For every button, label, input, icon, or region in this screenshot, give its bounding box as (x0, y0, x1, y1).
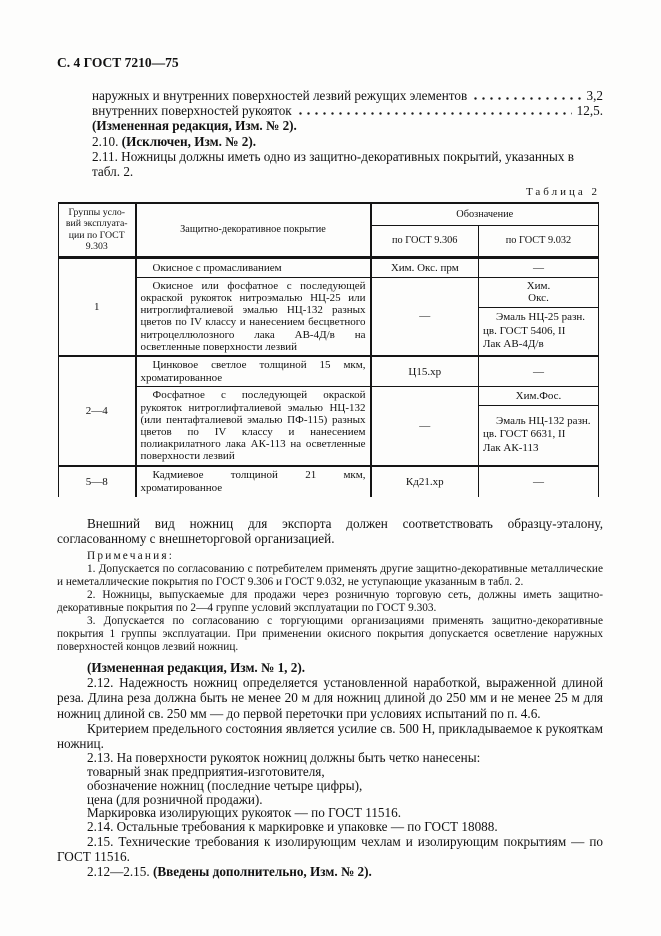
gost9032-cell: Хим. Окс. (479, 277, 599, 307)
paragraph-criterion: Критерием предельного состояния является… (57, 721, 603, 751)
header-groups: Группы усло- вий эксплуата- ции по ГОСТ … (59, 203, 136, 257)
body-section: Внешний вид ножниц для экспорта должен с… (57, 516, 603, 880)
document-page: С. 4 ГОСТ 7210—75 наружных и внутренних … (0, 0, 661, 936)
gost9306-cell: Хим. Окс. прм (371, 257, 479, 277)
note-2: 2. Ножницы, выпускаемые для продажи чере… (57, 589, 603, 615)
table-row: Окисное или фосфатное с последующей окра… (59, 277, 599, 307)
coating-cell: Фосфатное с последующей окраской рукоято… (136, 387, 371, 466)
header-designation: Обозначение (371, 203, 599, 225)
clause-range: 2.12—2.15. (87, 864, 150, 879)
dot-leader (474, 97, 581, 101)
header-coating: Защитно-декоративное покрытие (136, 203, 371, 257)
clause-final-bold: (Введены дополнительно, Изм. № 2). (153, 864, 372, 879)
leader-text: внутренних поверхностей рукояток (92, 103, 292, 118)
paragraph-marking: Маркировка изолирующих рукояток — по ГОС… (57, 806, 603, 820)
list-item-designation: обозначение ножниц (последние четыре циф… (57, 779, 603, 793)
header-gost-9306: по ГОСТ 9.306 (371, 225, 479, 257)
list-item-price: цена (для розничной продажи). (57, 793, 603, 807)
coating-cell: Окисное или фосфатное с последующей окра… (136, 277, 371, 356)
table-row: 5—8 Кадмиевое толщиной 21 мкм, хроматиро… (59, 466, 599, 497)
amendment-note: (Измененная редакция, Изм. № 2). (92, 118, 603, 133)
gost9306-cell: Ц15.хр (371, 356, 479, 387)
leader-value: 12,5. (577, 103, 603, 118)
clause-2-12: 2.12. Надежность ножниц определяется уст… (57, 675, 603, 721)
clause-number: 2.10. (92, 134, 118, 149)
page-header: С. 4 ГОСТ 7210—75 (57, 55, 603, 71)
table-caption: Таблица 2 (57, 186, 600, 198)
gost9032-cell: — (479, 257, 599, 277)
clause-2-12-2-15: 2.12—2.15. (Введены дополнительно, Изм. … (57, 864, 603, 879)
leader-text: наружных и внутренних поверхностей лезви… (92, 88, 467, 103)
gost9032-cell: — (479, 356, 599, 387)
notes-title: Примечания: (57, 550, 603, 563)
group-cell: 1 (59, 257, 136, 356)
gost9032-cell: Эмаль НЦ-25 разн. цв. ГОСТ 5406, II Лак … (479, 308, 599, 356)
dot-leader (299, 112, 572, 116)
table-row: 1 Окисное с промасливанием Хим. Окс. прм… (59, 257, 599, 277)
intro-section: наружных и внутренних поверхностей лезви… (92, 88, 603, 179)
group-cell: 2—4 (59, 356, 136, 466)
coating-cell: Цинковое светлое толщиной 15 мкм, хромат… (136, 356, 371, 387)
gost9306-cell: Кд21.хр (371, 466, 479, 497)
gost9032-cell: — (479, 466, 599, 497)
group-cell: 5—8 (59, 466, 136, 497)
list-item-trademark: товарный знак предприятия-изготовителя, (57, 765, 603, 779)
gost9032-cell: Хим.Фос. (479, 387, 599, 405)
leader-line-inner-surfaces: внутренних поверхностей рукояток 12,5. (92, 103, 603, 118)
clause-2-10: 2.10. (Исключен, Изм. № 2). (92, 134, 603, 149)
gost9306-cell: — (371, 387, 479, 466)
gost9306-cell: — (371, 277, 479, 356)
clause-2-10-text: (Исключен, Изм. № 2). (122, 134, 256, 149)
header-gost-9032: по ГОСТ 9.032 (479, 225, 599, 257)
clause-2-13: 2.13. На поверхности рукояток ножниц дол… (57, 751, 603, 765)
coating-cell: Окисное с промасливанием (136, 257, 371, 277)
paragraph-export: Внешний вид ножниц для экспорта должен с… (57, 516, 603, 546)
coatings-table: Группы усло- вий эксплуата- ции по ГОСТ … (58, 202, 599, 496)
leader-value: 3,2 (587, 88, 603, 103)
gost9032-cell: Эмаль НЦ-132 разн. цв. ГОСТ 6631, II Лак… (479, 405, 599, 465)
coating-cell: Кадмиевое толщиной 21 мкм, хроматированн… (136, 466, 371, 497)
note-1: 1. Допускается по согласованию с потреби… (57, 563, 603, 589)
amendment-note-1-2: (Измененная редакция, Изм. № 1, 2). (57, 660, 603, 675)
table-row: Фосфатное с последующей окраской рукоято… (59, 387, 599, 405)
clause-2-15: 2.15. Технические требования к изолирующ… (57, 834, 603, 864)
table-row: 2—4 Цинковое светлое толщиной 15 мкм, хр… (59, 356, 599, 387)
leader-line-outer-surfaces: наружных и внутренних поверхностей лезви… (92, 88, 603, 103)
clause-2-11: 2.11. Ножницы должны иметь одно из защит… (92, 149, 603, 179)
table-header-row: Группы усло- вий эксплуата- ции по ГОСТ … (59, 203, 599, 225)
note-3: 3. Допускается по согласованию с торгующ… (57, 615, 603, 654)
clause-2-14: 2.14. Остальные требования к маркировке … (57, 820, 603, 834)
